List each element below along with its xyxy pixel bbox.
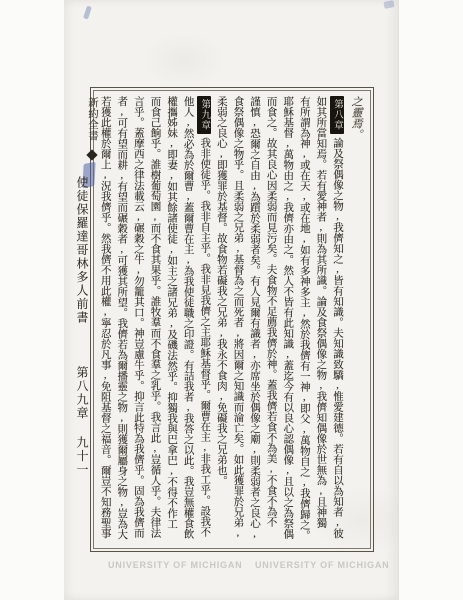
text-column-9: 第九章我非使徒乎。我非自主乎。我非見我儕之主耶穌基督乎。爾曹在主,非我工乎。設我… [196, 96, 213, 546]
chapter-9-marker: 第九章 [197, 96, 211, 134]
column-text: 謹慎,恐爾之自由,為躓於柔弱者矣。有人見爾有識者,亦席坐於偶像之廟,則柔弱者之良… [245, 96, 260, 540]
margin-chapter-label: 第八九章 [74, 366, 91, 436]
text-column-7: 食祭偶像之物乎。且柔弱之兄弟,基督為之而死者,將因爾之知識而淪亡矣。如此獲罪於兄… [229, 96, 246, 546]
text-column-2: 如其所當知焉。若有愛神者,則為其所識。論及食祭偶像之物,我儕知偶像於世無為,且神… [312, 96, 329, 546]
column-text: 者,可有望而耕,有望而碾穀者,可獲其所望。我儕若為爾播靈之物,則獲爾屬身之物,豈… [113, 96, 128, 540]
text-column-15: 若獲此權於爾上,況我儕乎。然我儕不用此權,寧忍於凡事,免阻基督之福音。爾豈不知務… [96, 96, 113, 546]
column-text: 而食之。故其良心因柔弱而見污矣。夫食物不足薦我儕於神。蓋我儕若食不為美,不食不為… [262, 96, 277, 527]
column-text: 而食己餉乎。誰樹葡萄園,而不食其果乎。誰牧羣而不食羣之乳乎。我言此,豈循人乎。夫… [146, 96, 161, 538]
text-column-13: 言乎。蓋摩西之律法載云,碾穀之牛,勿籠其口。神豈慮牛乎。抑言此特為我儕乎。固為我… [129, 96, 146, 546]
text-column-6: 謹慎,恐爾之自由,為躓於柔弱者矣。有人見爾有識者,亦席坐於偶像之廟,則柔弱者之良… [245, 96, 262, 546]
previous-chapter-tail: 之靈焉。 [348, 96, 364, 216]
text-column-12: 而食己餉乎。誰樹葡萄園,而不食其果乎。誰牧羣而不食羣之乳乎。我言此,豈循人乎。夫… [146, 96, 163, 546]
column-text: 我非使徒乎。我非自主乎。我非見我儕之主耶穌基督乎。爾曹在主,非我工乎。設我不為使… [196, 96, 211, 537]
column-text: 論及祭偶像之物,我儕知之,皆有知識。夫知識致驕,惟愛建德。若有自以為知者,彼則尚… [328, 96, 343, 539]
text-column-11: 權攜姊妹,即妻,如其餘諸使徒,如主之諸兄弟,及磯法然乎。抑獨我與巴拿巴,不得不作… [162, 96, 179, 546]
watermark-left: UNIVERSITY OF MICHIGAN [108, 560, 242, 570]
text-column-8: 柔弱之良心,即獲罪於基督。故食物若礙我之兄弟,我永不食肉,免礙我之兄弟也。 [212, 96, 229, 546]
column-text: 柔弱之良心,即獲罪於基督。故食物若礙我之兄弟,我永不食肉,免礙我之兄弟也。 [216, 96, 227, 486]
column-text: 權攜姊妹,即妻,如其餘諸使徒,如主之諸兄弟,及磯法然乎。抑獨我與巴拿巴,不得不作… [162, 96, 177, 529]
margin-page-number: 九十一 [74, 436, 91, 491]
column-text: 他人,然必為於爾曹,蓋爾曹在主,為我使徒職之印證。有詰我者,我答之以此。我豈無權… [179, 96, 194, 539]
text-column-3: 有所謂為神,或在天,或在地,如有多神多主,然於我儕有一神,即父,萬物自之,我儕歸… [295, 96, 312, 546]
text-column-4: 耶穌基督,萬物由之,我儕亦由之。然人不皆有此知識,蓋迄今有以良心認偶像,且以之為… [279, 96, 296, 546]
column-text: 如其所當知焉。若有愛神者,則為其所識。論及食祭偶像之物,我儕知偶像於世無為,且神… [312, 96, 327, 528]
column-text: 耶穌基督,萬物由之,我儕亦由之。然人不皆有此知識,蓋迄今有以良心認偶像,且以之為… [279, 96, 294, 539]
series-title: 新約全書 [85, 97, 100, 157]
text-column-10: 他人,然必為於爾曹,蓋爾曹在主,為我使徒職之印證。有詰我者,我答之以此。我豈無權… [179, 96, 196, 546]
column-text: 有所謂為神,或在天,或在地,如有多神多主,然於我儕有一神,即父,萬物自之,我儕歸… [295, 96, 310, 541]
text-columns: 第八章論及祭偶像之物,我儕知之,皆有知識。夫知識致驕,惟愛建德。若有自以為知者,… [96, 96, 345, 546]
column-text: 食祭偶像之物乎。且柔弱之兄弟,基督為之而死者,將因爾之知識而淪亡矣。如此獲罪於兄… [229, 96, 244, 539]
text-column-5: 而食之。故其良心因柔弱而見污矣。夫食物不足薦我儕於神。蓋我儕若食不為美,不食不為… [262, 96, 279, 546]
column-text: 若獲此權於爾上,況我儕乎。然我儕不用此權,寧忍於凡事,免阻基督之福音。爾豈不知務… [96, 96, 111, 539]
watermark-right: UNIVERSITY OF MICHIGAN [255, 560, 389, 570]
chapter-8-marker: 第八章 [330, 96, 344, 134]
text-column-1: 第八章論及祭偶像之物,我儕知之,皆有知識。夫知識致驕,惟愛建德。若有自以為知者,… [328, 96, 345, 546]
column-text: 言乎。蓋摩西之律法載云,碾穀之牛,勿籠其口。神豈慮牛乎。抑言此特為我儕乎。固為我… [129, 96, 144, 538]
margin-book-title: 使徒保羅達哥林多人前書 [74, 176, 91, 361]
text-column-14: 者,可有望而耕,有望而碾穀者,可獲其所望。我儕若為爾播靈之物,則獲爾屬身之物,豈… [113, 96, 130, 546]
